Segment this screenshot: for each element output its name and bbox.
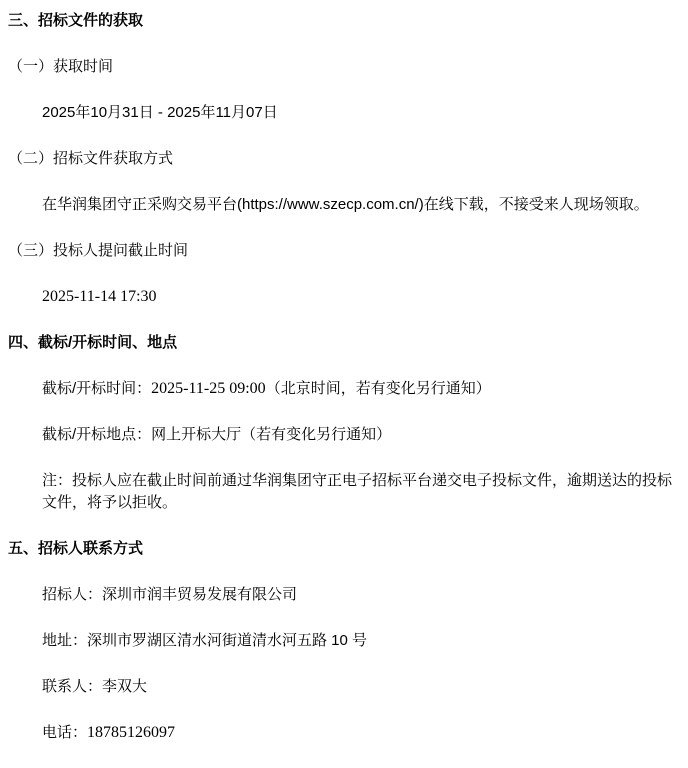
text-segment: 在华润集团守正采购交易平台(https://www.szecp.com.cn/)… <box>42 196 649 213</box>
section-heading: 四、截标/开标时间、地点 <box>8 332 682 354</box>
serif-text-segment: 2025-11-25 09:00 <box>151 380 266 397</box>
section-heading: 五、招标人联系方式 <box>8 538 682 560</box>
serif-text-segment: 18785126097 <box>87 724 175 741</box>
paragraph: 注：投标人应在截止时间前通过华润集团守正电子招标平台递交电子投标文件，逾期送达的… <box>8 470 682 514</box>
text-segment: 电话： <box>42 724 87 741</box>
text-segment: 截标/开标时间： <box>42 380 151 397</box>
paragraph: 在华润集团守正采购交易平台(https://www.szecp.com.cn/)… <box>8 194 682 216</box>
paragraph: 截标/开标地点：网上开标大厅（若有变化另行通知） <box>8 424 682 446</box>
text-segment: 2025年10月31日 - 2025年11月07日 <box>42 104 278 121</box>
text-segment: 四、截标/开标时间、地点 <box>8 334 177 351</box>
text-segment: 截标/开标地点：网上开标大厅（若有变化另行通知） <box>42 426 391 443</box>
text-segment: （三）投标人提问截止时间 <box>8 242 188 259</box>
paragraph: 地址：深圳市罗湖区清水河街道清水河五路 10 号 <box>8 630 682 652</box>
paragraph: 招标人：深圳市润丰贸易发展有限公司 <box>8 584 682 606</box>
text-segment: 注：投标人应在截止时间前通过华润集团守正电子招标平台递交电子投标文件，逾期送达的… <box>42 472 672 511</box>
sub-heading: （一）获取时间 <box>8 56 682 78</box>
sub-heading: （三）投标人提问截止时间 <box>8 240 682 262</box>
section-heading: 三、招标文件的获取 <box>8 10 682 32</box>
text-segment: （一）获取时间 <box>8 58 113 75</box>
paragraph: 联系人：李双大 <box>8 676 682 698</box>
paragraph: 截标/开标时间：2025-11-25 09:00（北京时间，若有变化另行通知） <box>8 378 682 400</box>
text-segment: （二）招标文件获取方式 <box>8 150 173 167</box>
serif-text-segment: 2025-11-14 17:30 <box>42 288 157 305</box>
text-segment: 招标人：深圳市润丰贸易发展有限公司 <box>42 586 297 603</box>
text-segment: 三、招标文件的获取 <box>8 12 143 29</box>
text-segment: 联系人：李双大 <box>42 678 147 695</box>
text-segment: 五、招标人联系方式 <box>8 540 143 557</box>
document-body: 三、招标文件的获取（一）获取时间2025年10月31日 - 2025年11月07… <box>8 10 682 744</box>
paragraph: 2025-11-14 17:30 <box>8 286 682 308</box>
paragraph: 2025年10月31日 - 2025年11月07日 <box>8 102 682 124</box>
tender-notice-document: 三、招标文件的获取（一）获取时间2025年10月31日 - 2025年11月07… <box>0 0 688 768</box>
sub-heading: （二）招标文件获取方式 <box>8 148 682 170</box>
text-segment: （北京时间，若有变化另行通知） <box>266 380 491 397</box>
text-segment: 地址：深圳市罗湖区清水河街道清水河五路 10 号 <box>42 632 367 649</box>
